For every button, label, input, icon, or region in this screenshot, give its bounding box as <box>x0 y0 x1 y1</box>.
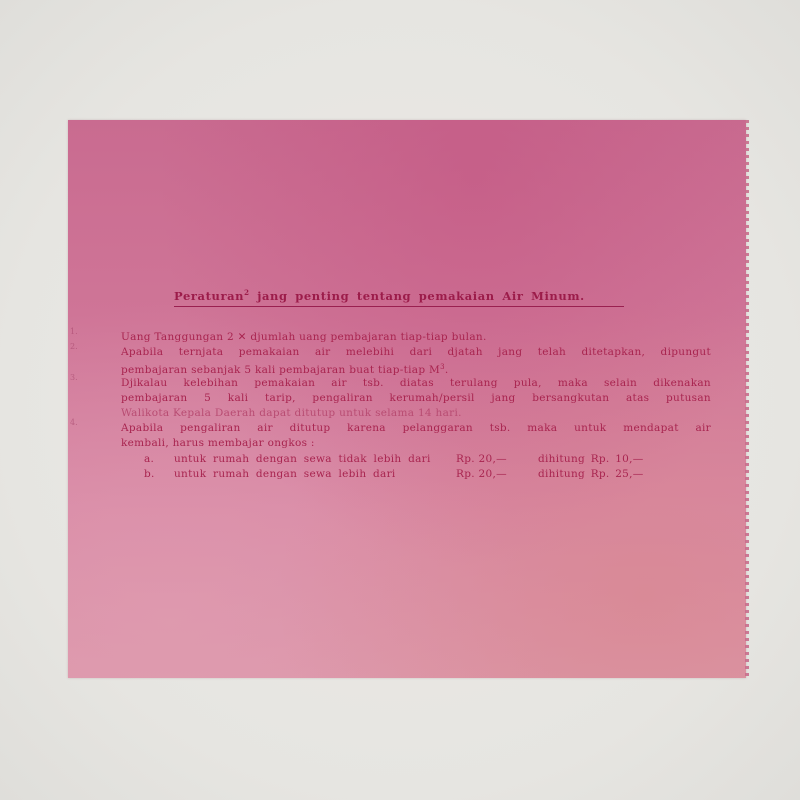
rule-3-line-1: Djikalau kelebihan pemakaian air tsb. di… <box>121 376 711 391</box>
margin-number-1: 1. <box>70 327 78 336</box>
rule-3: Djikalau kelebihan pemakaian air tsb. di… <box>121 376 711 422</box>
rule-2-line-1: Apabila ternjata pemakaian air melebihi … <box>121 345 711 360</box>
fee-item-letter: b. <box>121 467 174 482</box>
margin-number-2: 2. <box>70 342 78 351</box>
margin-number-4: 4. <box>70 418 78 427</box>
fee-item-rent-amount: Rp. 20,— <box>456 452 538 467</box>
fee-item-letter: a. <box>121 452 174 467</box>
fee-item-charge: dihitung Rp. 10,— <box>538 452 644 467</box>
rule-4-line-2: kembali, harus membajar ongkos : <box>121 436 711 451</box>
fee-item-condition: untuk rumah dengan sewa tidak lebih dari <box>174 452 456 467</box>
fee-item-b: b. untuk rumah dengan sewa lebih dari Rp… <box>121 467 711 482</box>
rule-3-line-2: pembajaran 5 kali tarip, pengaliran keru… <box>121 391 711 406</box>
rule-3-line-3: Walikota Kepala Daerah dapat ditutup unt… <box>121 406 711 421</box>
fee-item-condition: untuk rumah dengan sewa lebih dari <box>174 467 456 482</box>
rule-2-line-2: pembajaran sebanjak 5 kali pembajaran bu… <box>121 360 711 375</box>
document-title: Peraturan2 jang penting tentang pemakaia… <box>174 288 624 307</box>
rule-4-line-1: Apabila pengaliran air ditutup karena pe… <box>121 421 711 436</box>
fee-item-a: a. untuk rumah dengan sewa tidak lebih d… <box>121 452 711 467</box>
rule-1: Uang Tanggungan 2 ✕ djumlah uang pembaja… <box>121 330 711 345</box>
rules-list: Uang Tanggungan 2 ✕ djumlah uang pembaja… <box>121 330 711 482</box>
rule-2: Apabila ternjata pemakaian air melebihi … <box>121 345 711 375</box>
fee-item-charge: dihitung Rp. 25,— <box>538 467 644 482</box>
rule-1-line-1: Uang Tanggungan 2 ✕ djumlah uang pembaja… <box>121 330 554 345</box>
fee-item-rent-amount: Rp. 20,— <box>456 467 538 482</box>
document-paper: Peraturan2 jang penting tentang pemakaia… <box>68 120 746 678</box>
title-rest: jang penting tentang pemakaian Air Minum… <box>250 289 585 303</box>
title-main: Peraturan <box>174 289 244 303</box>
margin-number-3: 3. <box>70 373 78 382</box>
rule-4: Apabila pengaliran air ditutup karena pe… <box>121 421 711 482</box>
